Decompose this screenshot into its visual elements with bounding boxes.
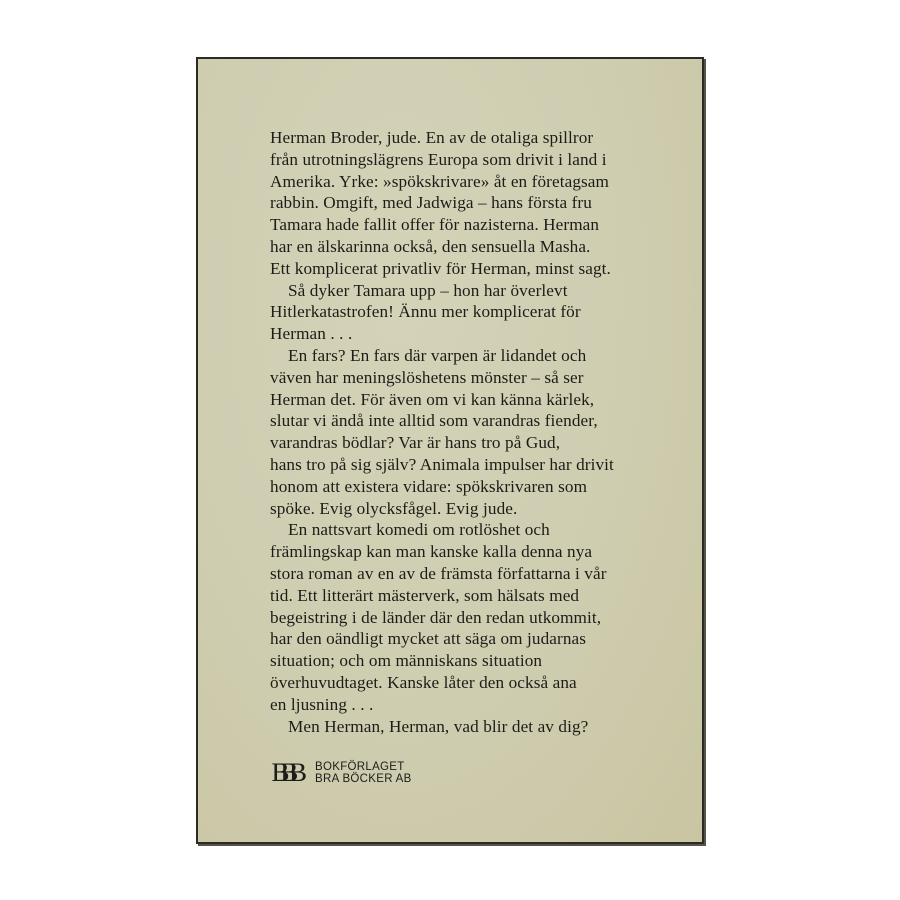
blurb-line: Tamara hade fallit offer för nazisterna.… — [270, 214, 710, 236]
blurb-line: Amerika. Yrke: »spökskrivare» åt en före… — [270, 171, 710, 193]
blurb-line: Hitlerkatastrofen! Ännu mer komplicerat … — [270, 301, 710, 323]
blurb-line: Herman Broder, jude. En av de otaliga sp… — [270, 127, 710, 149]
blurb-line: tid. Ett litterärt mästerverk, som hälsa… — [270, 585, 710, 607]
blurb-line: slutar vi ändå inte alltid som varandras… — [270, 410, 710, 432]
book-back-cover: Herman Broder, jude. En av de otaliga sp… — [196, 57, 704, 844]
blurb-line: främlingskap kan man kanske kalla denna … — [270, 541, 710, 563]
blurb-line: En fars? En fars där varpen är lidandet … — [270, 345, 710, 367]
blurb-line: Men Herman, Herman, vad blir det av dig? — [270, 716, 710, 738]
blurb-line: varandras bödlar? Var är hans tro på Gud… — [270, 432, 710, 454]
blurb-line: En nattsvart komedi om rotlöshet och — [270, 519, 710, 541]
blurb-line: Så dyker Tamara upp – hon har överlevt — [270, 280, 710, 302]
blurb-line: rabbin. Omgift, med Jadwiga – hans först… — [270, 192, 710, 214]
blurb-line: begeistring i de länder där den redan ut… — [270, 607, 710, 629]
publisher-name: BOKFÖRLAGET BRA BÖCKER AB — [315, 761, 412, 785]
blurb-line: väven har meningslöshetens mönster – så … — [270, 367, 710, 389]
blurb-line: från utrotningslägrens Europa som drivit… — [270, 149, 710, 171]
blurb-text: Herman Broder, jude. En av de otaliga sp… — [270, 127, 710, 737]
publisher-logo: BBB BOKFÖRLAGET BRA BÖCKER AB — [272, 760, 412, 786]
blurb-line: situation; och om människans situation — [270, 650, 710, 672]
blurb-line: en ljusning . . . — [270, 694, 710, 716]
blurb-line: spöke. Evig olycksfågel. Evig jude. — [270, 498, 710, 520]
blurb-line: överhuvudtaget. Kanske låter den också a… — [270, 672, 710, 694]
blurb-line: har en älskarinna också, den sensuella M… — [270, 236, 710, 258]
blurb-line: Herman det. För även om vi kan känna kär… — [270, 389, 710, 411]
blurb-line: Herman . . . — [270, 323, 710, 345]
blurb-line: har den oändligt mycket att säga om juda… — [270, 628, 710, 650]
blurb-line: stora roman av en av de främsta författa… — [270, 563, 710, 585]
blurb-line: Ett komplicerat privatliv för Herman, mi… — [270, 258, 710, 280]
publisher-name-line2: BRA BÖCKER AB — [315, 773, 412, 785]
blurb-line: honom att existera vidare: spökskrivaren… — [270, 476, 710, 498]
blurb-line: hans tro på sig själv? Animala impulser … — [270, 454, 710, 476]
publisher-name-line1: BOKFÖRLAGET — [315, 761, 412, 773]
publisher-logo-mark: BBB — [271, 760, 297, 786]
